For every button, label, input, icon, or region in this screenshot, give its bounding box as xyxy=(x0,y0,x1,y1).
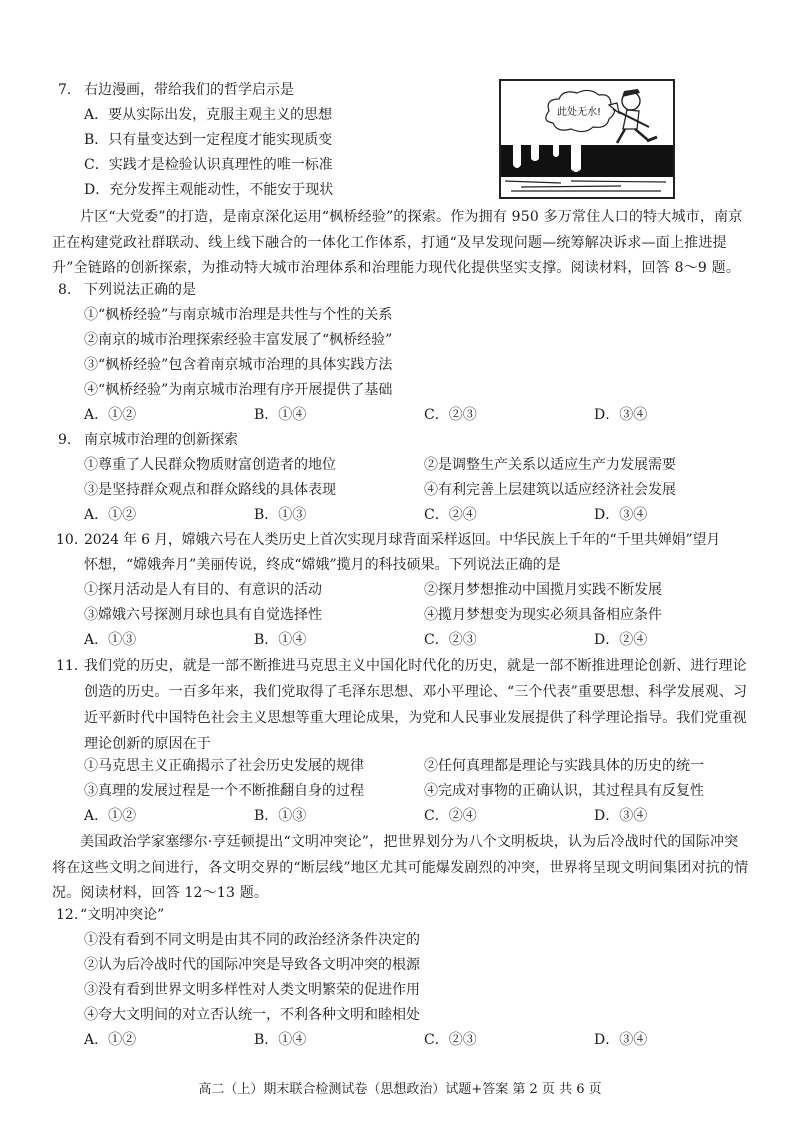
question-11-stem: 我们党的历史，就是一部不断推进马克思主义中国化时代化的历史，就是一部不断推进理论… xyxy=(84,653,754,757)
page-footer: 高二（上）期末联合检测试卷（思想政治）试题+答案 第 2 页 共 6 页 xyxy=(0,1078,800,1097)
question-11-item-2: ②任何真理都是理论与实践具体的历史的统一 xyxy=(424,756,704,776)
question-12-choice-d: D．③④ xyxy=(594,1030,647,1050)
question-8-number: 8. xyxy=(58,280,71,300)
question-7-option-a: A．要从实际出发，克服主观主义的思想 xyxy=(84,105,332,125)
svg-text:此处无水!: 此处无水! xyxy=(557,105,601,118)
question-7-stem: 右边漫画，带给我们的哲学启示是 xyxy=(84,80,294,100)
question-12-number: 12. xyxy=(56,905,78,925)
question-8-stem: 下列说法正确的是 xyxy=(84,280,196,300)
question-10-number: 10. xyxy=(56,530,78,550)
question-9-stem: 南京城市治理的创新探索 xyxy=(84,430,238,450)
question-12-stem: “文明冲突论” xyxy=(80,905,164,925)
question-11-choice-a: A．①② xyxy=(84,806,136,826)
question-8-item-4: ④“枫桥经验”为南京城市治理有序开展提供了基础 xyxy=(84,380,392,400)
question-10-choice-b: B．①④ xyxy=(254,630,306,650)
question-8-choice-b: B．①④ xyxy=(254,405,306,425)
question-12-item-4: ④夸大文明间的对立否认统一，不利各种文明和睦相处 xyxy=(84,1005,420,1025)
question-9-choice-a: A．①② xyxy=(84,505,136,525)
question-8-item-1: ①“枫桥经验”与南京城市治理是共性与个性的关系 xyxy=(84,305,392,325)
question-12-item-1: ①没有看到不同文明是由其不同的政治经济条件决定的 xyxy=(84,930,420,950)
question-10-item-3: ③嫦娥六号探测月球也具有自觉选择性 xyxy=(84,605,322,625)
question-11-item-1: ①马克思主义正确揭示了社会历史发展的规律 xyxy=(84,756,364,776)
question-11-choice-c: C．②④ xyxy=(424,806,477,826)
question-7-option-d: D．充分发挥主观能动性，不能安于现状 xyxy=(84,180,333,200)
question-9-number: 9. xyxy=(58,430,71,450)
question-12-choice-c: C．②③ xyxy=(424,1030,477,1050)
reading-material-8-9: 片区“大党委”的打造，是南京深化运用“枫桥经验”的探索。作为拥有 950 多万常… xyxy=(52,205,752,282)
question-9-item-2: ②是调整生产关系以适应生产力发展需要 xyxy=(424,455,676,475)
question-8-item-2: ②南京的城市治理探索经验丰富发展了“枫桥经验” xyxy=(84,330,392,350)
question-9-choice-d: D．③④ xyxy=(594,505,647,525)
question-10-item-1: ①探月活动是人有目的、有意识的活动 xyxy=(84,580,322,600)
question-11-item-3: ③真理的发展过程是一个不断推翻自身的过程 xyxy=(84,781,364,801)
question-12-item-2: ②认为后冷战时代的国际冲突是导致各文明冲突的根源 xyxy=(84,955,420,975)
question-10-choice-a: A．①③ xyxy=(84,630,136,650)
question-9-choice-b: B．①③ xyxy=(254,505,306,525)
question-10-choice-c: C．②③ xyxy=(424,630,477,650)
digging-man-cartoon-icon: 此处无水! xyxy=(501,81,673,197)
question-11-number: 11. xyxy=(56,656,78,676)
question-7-option-b: B．只有量变达到一定程度才能实现质变 xyxy=(84,130,332,150)
question-11-item-4: ④完成对事物的正确认识，其过程具有反复性 xyxy=(424,781,704,801)
question-7-number: 7. xyxy=(58,80,71,100)
question-8-item-3: ③“枫桥经验”包含着南京城市治理的具体实践方法 xyxy=(84,355,392,375)
question-7-option-c: C．实践才是检验认识真理性的唯一标准 xyxy=(84,155,333,175)
question-9-item-1: ①尊重了人民群众物质财富创造者的地位 xyxy=(84,455,336,475)
question-8-choice-a: A．①② xyxy=(84,405,136,425)
question-10-item-2: ②探月梦想推动中国揽月实践不断发展 xyxy=(424,580,662,600)
question-9-item-3: ③是坚持群众观点和群众路线的具体表现 xyxy=(84,480,336,500)
question-8-choice-d: D．③④ xyxy=(594,405,647,425)
question-11-choice-d: D．③④ xyxy=(594,806,647,826)
question-12-item-3: ③没有看到世界文明多样性对人类文明繁荣的促进作用 xyxy=(84,980,420,1000)
question-9-choice-c: C．②④ xyxy=(424,505,477,525)
question-10-item-4: ④揽月梦想变为现实必须具备相应条件 xyxy=(424,605,662,625)
question-12-choice-b: B．①④ xyxy=(254,1030,306,1050)
question-10-stem-line-1: 2024 年 6 月，嫦娥六号在人类历史上首次实现月球背面采样返回。中华民族上千… xyxy=(84,530,720,550)
question-11-choice-b: B．①③ xyxy=(254,806,306,826)
question-8-choice-c: C．②③ xyxy=(424,405,477,425)
reading-material-12-13: 美国政治学家塞缪尔·亨廷顿提出“文明冲突论”，把世界划分为八个文明板块，认为后冷… xyxy=(52,830,752,907)
question-10-choice-d: D．②④ xyxy=(594,630,647,650)
question-12-choice-a: A．①② xyxy=(84,1030,136,1050)
question-10-stem-line-2: 怀想，“嫦娥奔月”美丽传说，终成“嫦娥”揽月的科技硕果。下列说法正确的是 xyxy=(84,555,561,575)
cartoon-image: 此处无水! xyxy=(499,79,675,199)
question-9-item-4: ④有利完善上层建筑以适应经济社会发展 xyxy=(424,480,676,500)
